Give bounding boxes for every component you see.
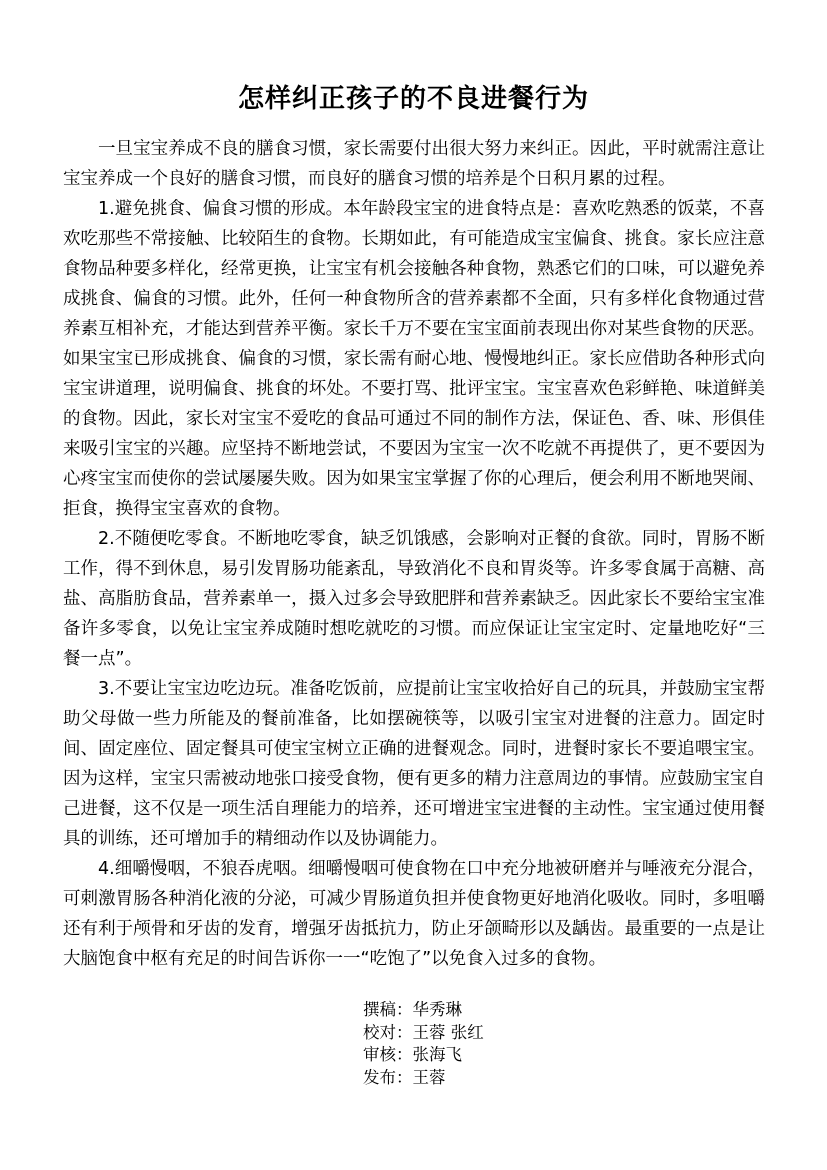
signoff-reviewer-line: 审核：张海飞 [363, 1044, 827, 1067]
signoff-block: 撰稿：华秀琳 校对：王蓉 张红 审核：张海飞 发布：王蓉 [363, 999, 827, 1089]
signoff-proofreader-line: 校对：王蓉 张红 [363, 1022, 827, 1045]
document-title: 怎样纠正孩子的不良进餐行为 [0, 0, 827, 114]
document-body: 一旦宝宝养成不良的膳食习惯，家长需要付出很大努力来纠正。因此，平时就需注意让宝宝… [63, 134, 765, 974]
point-2-paragraph: 2.不随便吃零食。不断地吃零食，缺乏饥饿感，会影响对正餐的食欲。同时，胃肠不断工… [63, 524, 765, 674]
point-3-paragraph: 3.不要让宝宝边吃边玩。准备吃饭前，应提前让宝宝收拾好自己的玩具，并鼓励宝宝帮助… [63, 674, 765, 854]
point-1-paragraph: 1.避免挑食、偏食习惯的形成。本年龄段宝宝的进食特点是：喜欢吃熟悉的饭菜，不喜欢… [63, 194, 765, 524]
document-page: 怎样纠正孩子的不良进餐行为 一旦宝宝养成不良的膳食习惯，家长需要付出很大努力来纠… [0, 0, 827, 1170]
intro-paragraph: 一旦宝宝养成不良的膳食习惯，家长需要付出很大努力来纠正。因此，平时就需注意让宝宝… [63, 134, 765, 194]
point-4-paragraph: 4.细嚼慢咽，不狼吞虎咽。细嚼慢咽可使食物在口中充分地被研磨并与唾液充分混合，可… [63, 854, 765, 974]
signoff-author-line: 撰稿：华秀琳 [363, 999, 827, 1022]
signoff-publisher-line: 发布：王蓉 [363, 1067, 827, 1090]
